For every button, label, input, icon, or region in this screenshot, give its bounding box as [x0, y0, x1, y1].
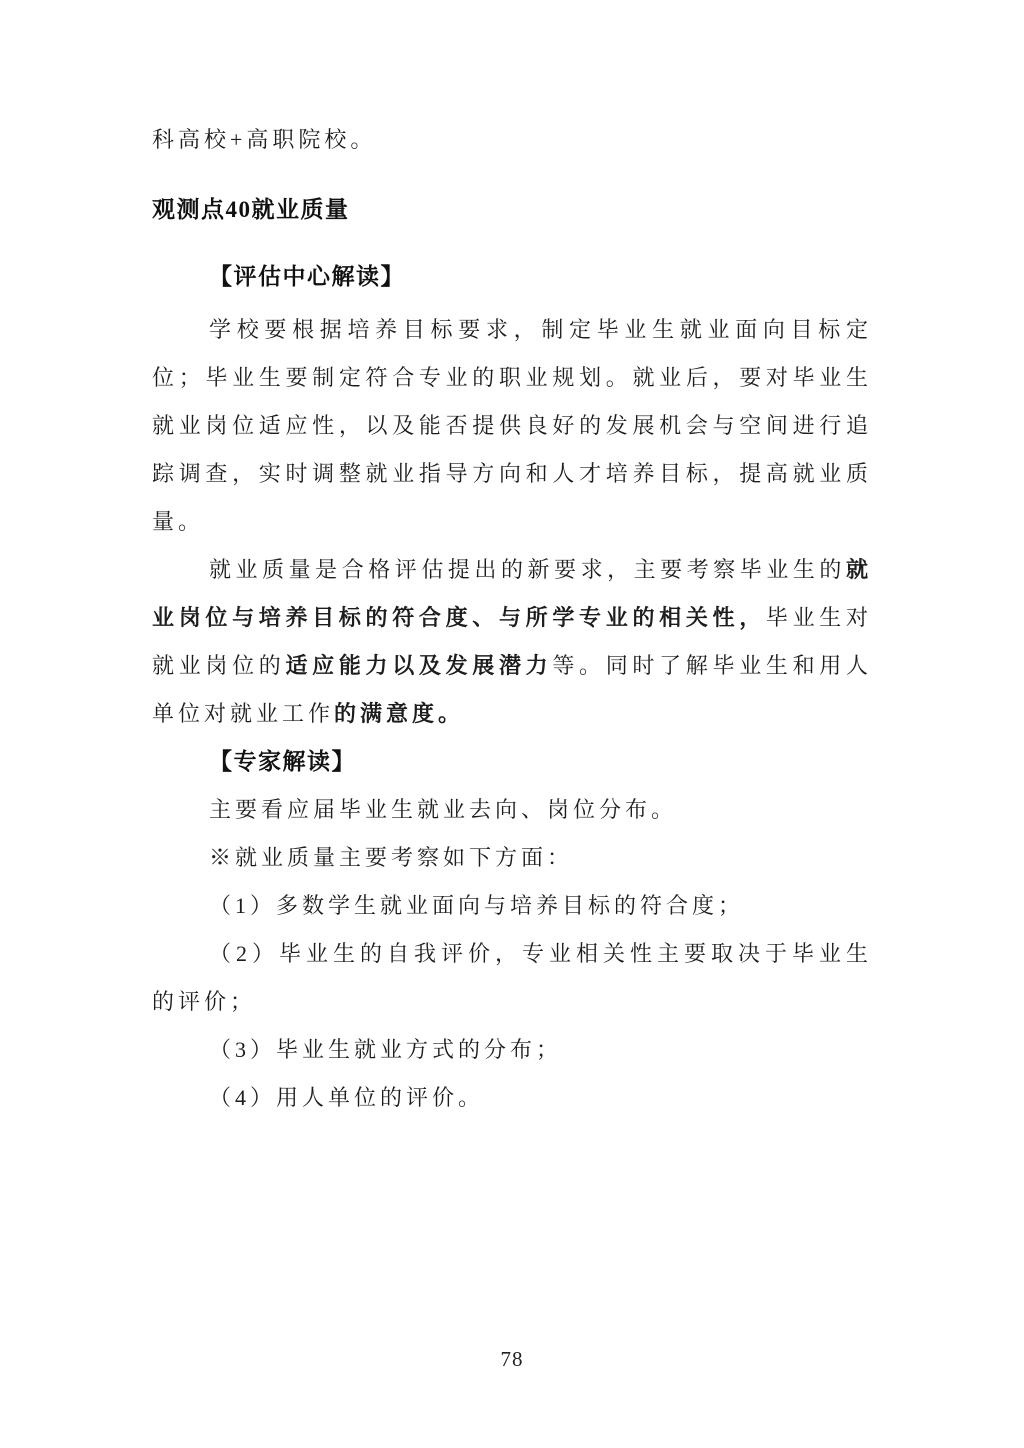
list-item: （4）用人单位的评价。	[152, 1074, 872, 1122]
document-page: 科高校+高职院校。 观测点40就业质量 【评估中心解读】 学校要根据培养目标要求…	[0, 0, 1024, 1448]
expert-paragraph-1: 主要看应届毕业生就业去向、岗位分布。	[152, 786, 872, 834]
observation-point-heading: 观测点40就业质量	[152, 186, 872, 234]
emphasis-run: 适应能力以及发展潜力	[285, 653, 552, 678]
emphasis-run: 的满意度。	[334, 701, 464, 726]
list-item: （3）毕业生就业方式的分布；	[152, 1026, 872, 1074]
text-run: 就业质量是合格评估提出的新要求，主要考察毕业生的	[209, 557, 846, 582]
list-item: （2）毕业生的自我评价，专业相关性主要取决于毕业生的评价；	[152, 930, 872, 1026]
page-body: 科高校+高职院校。 观测点40就业质量 【评估中心解读】 学校要根据培养目标要求…	[152, 0, 872, 1122]
evaluation-center-paragraph-2: 就业质量是合格评估提出的新要求，主要考察毕业生的就业岗位与培养目标的符合度、与所…	[152, 546, 872, 738]
page-number: 78	[0, 1347, 1024, 1372]
evaluation-center-paragraph-1: 学校要根据培养目标要求，制定毕业生就业面向目标定位；毕业生要制定符合专业的职业规…	[152, 306, 872, 546]
expert-paragraph-2: ※就业质量主要考察如下方面：	[152, 834, 872, 882]
list-item: （1）多数学生就业面向与培养目标的符合度；	[152, 882, 872, 930]
continuation-text: 科高校+高职院校。	[152, 116, 872, 164]
evaluation-center-section-title: 【评估中心解读】	[152, 253, 872, 301]
expert-section-title: 【专家解读】	[152, 738, 872, 786]
